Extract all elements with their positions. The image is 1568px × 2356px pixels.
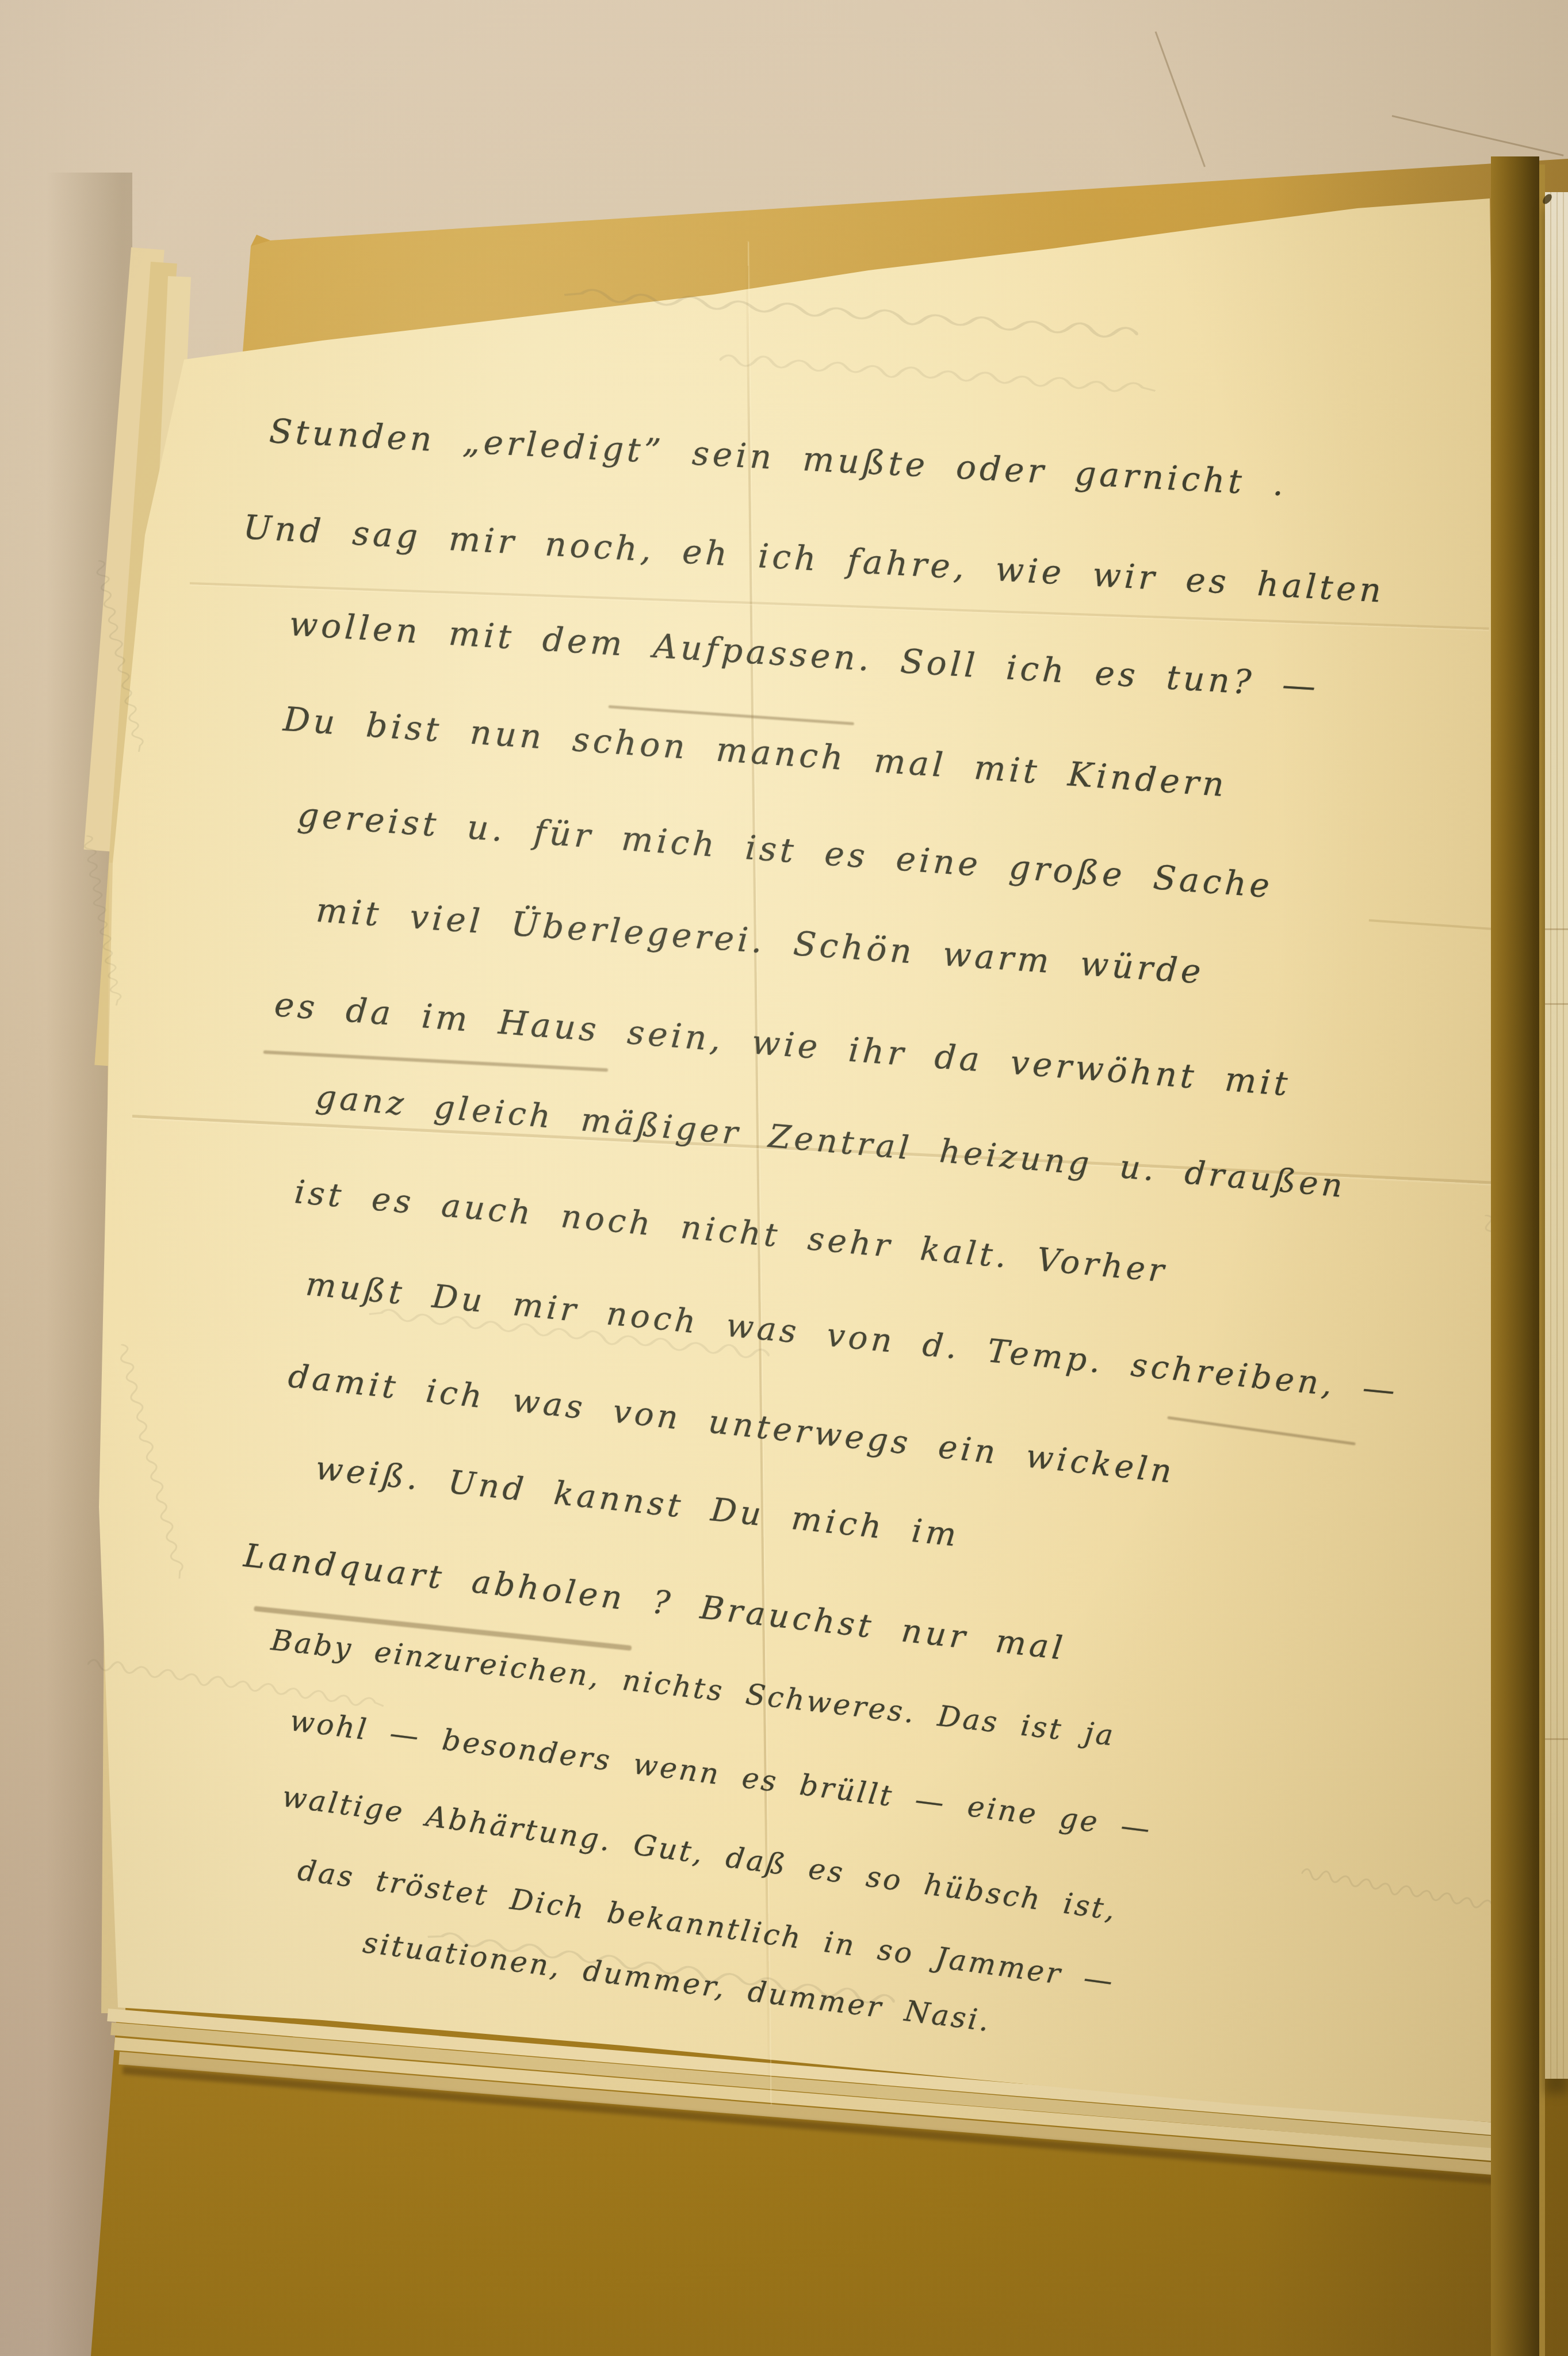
letter-photo-scene: Stunden „erledigt” sein mußte oder garni… xyxy=(0,0,1568,2356)
stack-sheet-line xyxy=(1545,1738,1568,1740)
stack-sheet-line xyxy=(1545,928,1568,930)
stack-sheet-line xyxy=(1545,1003,1568,1005)
folder-fold-edge xyxy=(1539,165,1545,2356)
folder-fold-shadow xyxy=(1491,156,1539,2356)
paper-stack-right xyxy=(1545,192,1568,2079)
